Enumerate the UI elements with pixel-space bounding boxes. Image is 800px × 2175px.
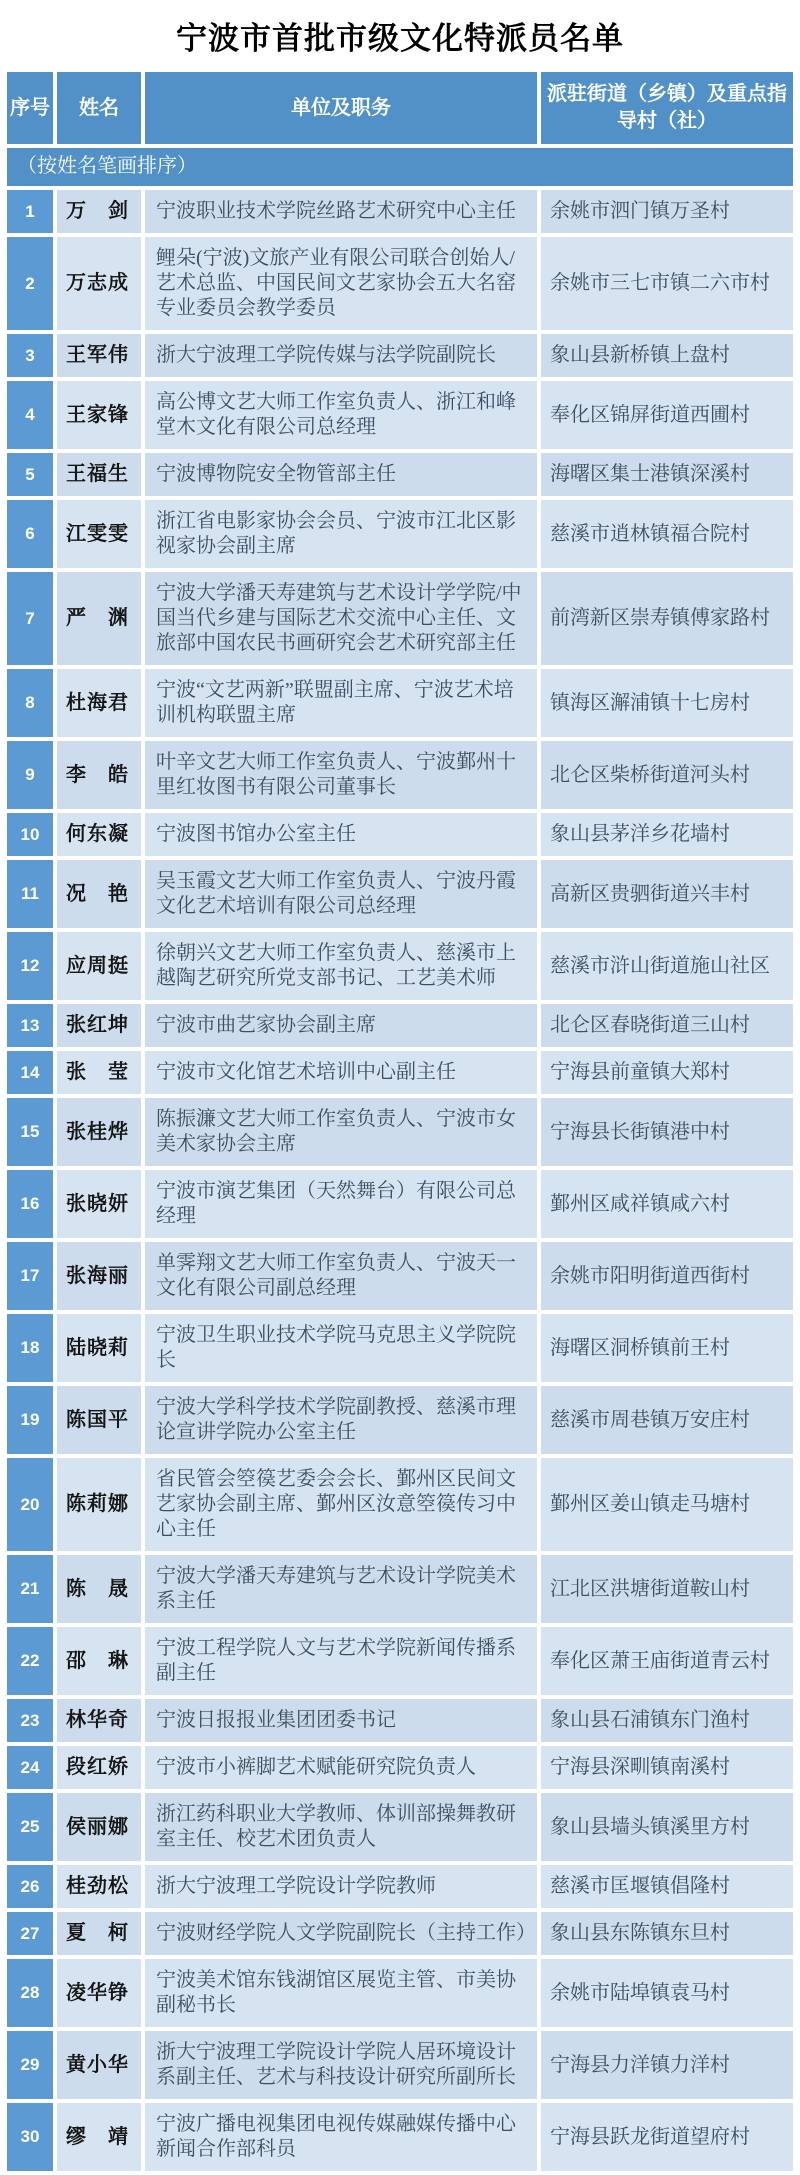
table-row: 30 缪 靖 宁波广播电视集团电视传媒融媒传播中心新闻合作部科员 宁海县跃龙街道…	[7, 2103, 793, 2171]
header-index: 序号	[7, 72, 53, 144]
table-row: 9 李 皓 叶辛文艺大师工作室负责人、宁波鄞州十里红妆图书有限公司董事长 北仑区…	[7, 741, 793, 809]
row-unit: 宁波“文艺两新”联盟副主席、宁波艺术培训机构联盟主席	[145, 669, 537, 737]
row-unit: 浙大宁波理工学院传媒与法学院副院长	[145, 334, 537, 377]
row-village: 宁海县前童镇大郑村	[541, 1051, 793, 1094]
table-row: 7 严 渊 宁波大学潘天寿建筑与艺术设计学学院/中国当代乡建与国际艺术交流中心主…	[7, 572, 793, 665]
row-name: 况 艳	[57, 860, 141, 928]
row-index: 11	[7, 860, 53, 928]
row-name: 万 剑	[57, 190, 141, 233]
sort-note: （按姓名笔画排序）	[7, 148, 793, 186]
row-village: 宁海县力洋镇力洋村	[541, 2031, 793, 2099]
row-unit: 高公博文艺大师工作室负责人、浙江和峰堂木文化有限公司总经理	[145, 381, 537, 449]
row-index: 20	[7, 1458, 53, 1551]
row-name: 王家锋	[57, 381, 141, 449]
row-unit: 省民管会箜篌艺委会会长、鄞州区民间文艺家协会副主席、鄞州区汝意箜篌传习中心主任	[145, 1458, 537, 1551]
row-unit: 浙江省电影家协会会员、宁波市江北区影视家协会副主席	[145, 500, 537, 568]
table-row: 19 陈国平 宁波大学科学技术学院副教授、慈溪市理论宣讲学院办公室主任 慈溪市周…	[7, 1386, 793, 1454]
row-name: 陈莉娜	[57, 1458, 141, 1551]
table-row: 3 王军伟 浙大宁波理工学院传媒与法学院副院长 象山县新桥镇上盘村	[7, 334, 793, 377]
table-row: 10 何东凝 宁波图书馆办公室主任 象山县茅洋乡花墙村	[7, 813, 793, 856]
table-row: 14 张 莹 宁波市文化馆艺术培训中心副主任 宁海县前童镇大郑村	[7, 1051, 793, 1094]
table-header-row: 序号 姓名 单位及职务 派驻街道（乡镇）及重点指导村（社）	[7, 72, 793, 144]
row-name: 张海丽	[57, 1242, 141, 1310]
row-unit: 单霁翔文艺大师工作室负责人、宁波天一文化有限公司副总经理	[145, 1242, 537, 1310]
row-village: 余姚市陆埠镇袁马村	[541, 1959, 793, 2027]
row-village: 江北区洪塘街道鞍山村	[541, 1555, 793, 1623]
row-village: 奉化区萧王庙街道青云村	[541, 1627, 793, 1695]
row-village: 高新区贵驷街道兴丰村	[541, 860, 793, 928]
table-row: 13 张红坤 宁波市曲艺家协会副主席 北仑区春晓街道三山村	[7, 1004, 793, 1047]
table-row: 20 陈莉娜 省民管会箜篌艺委会会长、鄞州区民间文艺家协会副主席、鄞州区汝意箜篌…	[7, 1458, 793, 1551]
row-unit: 宁波市小裤脚艺术赋能研究院负责人	[145, 1746, 537, 1789]
table-row: 24 段红娇 宁波市小裤脚艺术赋能研究院负责人 宁海县深甽镇南溪村	[7, 1746, 793, 1789]
table-row: 5 王福生 宁波博物院安全物管部主任 海曙区集士港镇深溪村	[7, 453, 793, 496]
row-name: 林华奇	[57, 1699, 141, 1742]
row-unit: 浙江药科职业大学教师、体训部操舞教研室主任、校艺术团负责人	[145, 1793, 537, 1861]
row-name: 陈国平	[57, 1386, 141, 1454]
row-index: 23	[7, 1699, 53, 1742]
row-village: 宁海县跃龙街道望府村	[541, 2103, 793, 2171]
table-body: 1 万 剑 宁波职业技术学院丝路艺术研究中心主任 余姚市泗门镇万圣村 2 万志成…	[7, 190, 793, 2171]
row-index: 13	[7, 1004, 53, 1047]
row-index: 29	[7, 2031, 53, 2099]
row-index: 2	[7, 237, 53, 330]
row-index: 21	[7, 1555, 53, 1623]
row-unit: 宁波卫生职业技术学院马克思主义学院院长	[145, 1314, 537, 1382]
row-index: 12	[7, 932, 53, 1000]
row-village: 象山县新桥镇上盘村	[541, 334, 793, 377]
row-unit: 浙大宁波理工学院设计学院人居环境设计系副主任、艺术与科技设计研究所副所长	[145, 2031, 537, 2099]
page-title: 宁波市首批市级文化特派员名单	[0, 0, 800, 68]
row-index: 28	[7, 1959, 53, 2027]
row-village: 慈溪市匡堰镇倡隆村	[541, 1865, 793, 1908]
row-index: 1	[7, 190, 53, 233]
row-name: 凌华铮	[57, 1959, 141, 2027]
table-row: 25 侯丽娜 浙江药科职业大学教师、体训部操舞教研室主任、校艺术团负责人 象山县…	[7, 1793, 793, 1861]
table-row: 21 陈 晟 宁波大学潘天寿建筑与艺术设计学院美术系主任 江北区洪塘街道鞍山村	[7, 1555, 793, 1623]
table-row: 4 王家锋 高公博文艺大师工作室负责人、浙江和峰堂木文化有限公司总经理 奉化区锦…	[7, 381, 793, 449]
row-index: 26	[7, 1865, 53, 1908]
table-row: 18 陆晓莉 宁波卫生职业技术学院马克思主义学院院长 海曙区洞桥镇前王村	[7, 1314, 793, 1382]
row-village: 象山县墙头镇溪里方村	[541, 1793, 793, 1861]
row-unit: 宁波日报报业集团团委书记	[145, 1699, 537, 1742]
row-unit: 宁波市文化馆艺术培训中心副主任	[145, 1051, 537, 1094]
row-index: 18	[7, 1314, 53, 1382]
row-name: 段红娇	[57, 1746, 141, 1789]
row-index: 8	[7, 669, 53, 737]
row-village: 镇海区澥浦镇十七房村	[541, 669, 793, 737]
row-village: 余姚市三七市镇二六市村	[541, 237, 793, 330]
row-village: 海曙区集士港镇深溪村	[541, 453, 793, 496]
row-name: 应周挺	[57, 932, 141, 1000]
table-row: 6 江雯雯 浙江省电影家协会会员、宁波市江北区影视家协会副主席 慈溪市逍林镇福合…	[7, 500, 793, 568]
table-row: 23 林华奇 宁波日报报业集团团委书记 象山县石浦镇东门渔村	[7, 1699, 793, 1742]
row-index: 19	[7, 1386, 53, 1454]
row-name: 江雯雯	[57, 500, 141, 568]
row-unit: 宁波大学科学技术学院副教授、慈溪市理论宣讲学院办公室主任	[145, 1386, 537, 1454]
table-row: 22 邵 琳 宁波工程学院人文与艺术学院新闻传播系副主任 奉化区萧王庙街道青云村	[7, 1627, 793, 1695]
row-index: 5	[7, 453, 53, 496]
sort-note-row: （按姓名笔画排序）	[7, 148, 793, 186]
row-name: 李 皓	[57, 741, 141, 809]
row-village: 慈溪市周巷镇万安庄村	[541, 1386, 793, 1454]
row-name: 张桂烨	[57, 1098, 141, 1166]
table-row: 1 万 剑 宁波职业技术学院丝路艺术研究中心主任 余姚市泗门镇万圣村	[7, 190, 793, 233]
row-index: 25	[7, 1793, 53, 1861]
row-name: 张 莹	[57, 1051, 141, 1094]
header-village: 派驻街道（乡镇）及重点指导村（社）	[541, 72, 793, 144]
row-index: 30	[7, 2103, 53, 2171]
row-name: 黄小华	[57, 2031, 141, 2099]
row-unit: 宁波职业技术学院丝路艺术研究中心主任	[145, 190, 537, 233]
table-row: 15 张桂烨 陈振濂文艺大师工作室负责人、宁波市女美术家协会主席 宁海县长街镇港…	[7, 1098, 793, 1166]
row-name: 何东凝	[57, 813, 141, 856]
row-village: 宁海县长街镇港中村	[541, 1098, 793, 1166]
row-unit: 宁波图书馆办公室主任	[145, 813, 537, 856]
row-name: 张晓妍	[57, 1170, 141, 1238]
row-index: 7	[7, 572, 53, 665]
row-unit: 徐朝兴文艺大师工作室负责人、慈溪市上越陶艺研究所党支部书记、工艺美术师	[145, 932, 537, 1000]
row-index: 16	[7, 1170, 53, 1238]
row-index: 10	[7, 813, 53, 856]
row-village: 象山县石浦镇东门渔村	[541, 1699, 793, 1742]
row-unit: 宁波财经学院人文学院副院长（主持工作）	[145, 1912, 537, 1955]
row-index: 6	[7, 500, 53, 568]
row-name: 邵 琳	[57, 1627, 141, 1695]
table-row: 27 夏 柯 宁波财经学院人文学院副院长（主持工作） 象山县东陈镇东旦村	[7, 1912, 793, 1955]
row-index: 3	[7, 334, 53, 377]
row-unit: 浙大宁波理工学院设计学院教师	[145, 1865, 537, 1908]
row-name: 夏 柯	[57, 1912, 141, 1955]
row-index: 24	[7, 1746, 53, 1789]
row-name: 杜海君	[57, 669, 141, 737]
header-name: 姓名	[57, 72, 141, 144]
row-index: 17	[7, 1242, 53, 1310]
row-village: 奉化区锦屏街道西圃村	[541, 381, 793, 449]
header-unit: 单位及职务	[145, 72, 537, 144]
row-unit: 宁波大学潘天寿建筑与艺术设计学院美术系主任	[145, 1555, 537, 1623]
row-name: 王福生	[57, 453, 141, 496]
row-village: 前湾新区崇寿镇傅家路村	[541, 572, 793, 665]
row-unit: 吴玉霞文艺大师工作室负责人、宁波丹霞文化艺术培训有限公司总经理	[145, 860, 537, 928]
row-name: 桂劲松	[57, 1865, 141, 1908]
table-row: 17 张海丽 单霁翔文艺大师工作室负责人、宁波天一文化有限公司副总经理 余姚市阳…	[7, 1242, 793, 1310]
row-name: 缪 靖	[57, 2103, 141, 2171]
row-village: 鄞州区姜山镇走马塘村	[541, 1458, 793, 1551]
row-unit: 宁波大学潘天寿建筑与艺术设计学学院/中国当代乡建与国际艺术交流中心主任、文旅部中…	[145, 572, 537, 665]
row-name: 王军伟	[57, 334, 141, 377]
table-row: 12 应周挺 徐朝兴文艺大师工作室负责人、慈溪市上越陶艺研究所党支部书记、工艺美…	[7, 932, 793, 1000]
table-row: 8 杜海君 宁波“文艺两新”联盟副主席、宁波艺术培训机构联盟主席 镇海区澥浦镇十…	[7, 669, 793, 737]
row-village: 慈溪市浒山街道施山社区	[541, 932, 793, 1000]
row-index: 9	[7, 741, 53, 809]
row-unit: 宁波广播电视集团电视传媒融媒传播中心新闻合作部科员	[145, 2103, 537, 2171]
row-unit: 鲤朵(宁波)文旅产业有限公司联合创始人/艺术总监、中国民间文艺家协会五大名窑专业…	[145, 237, 537, 330]
row-name: 侯丽娜	[57, 1793, 141, 1861]
row-index: 22	[7, 1627, 53, 1695]
row-village: 象山县东陈镇东旦村	[541, 1912, 793, 1955]
table-row: 11 况 艳 吴玉霞文艺大师工作室负责人、宁波丹霞文化艺术培训有限公司总经理 高…	[7, 860, 793, 928]
row-village: 余姚市阳明街道西街村	[541, 1242, 793, 1310]
row-index: 15	[7, 1098, 53, 1166]
row-unit: 叶辛文艺大师工作室负责人、宁波鄞州十里红妆图书有限公司董事长	[145, 741, 537, 809]
table-row: 2 万志成 鲤朵(宁波)文旅产业有限公司联合创始人/艺术总监、中国民间文艺家协会…	[7, 237, 793, 330]
row-name: 严 渊	[57, 572, 141, 665]
row-name: 张红坤	[57, 1004, 141, 1047]
row-index: 27	[7, 1912, 53, 1955]
row-village: 慈溪市逍林镇福合院村	[541, 500, 793, 568]
row-unit: 宁波美术馆东钱湖馆区展览主管、市美协副秘书长	[145, 1959, 537, 2027]
row-village: 余姚市泗门镇万圣村	[541, 190, 793, 233]
row-village: 鄞州区咸祥镇咸六村	[541, 1170, 793, 1238]
row-village: 北仑区春晓街道三山村	[541, 1004, 793, 1047]
row-unit: 宁波工程学院人文与艺术学院新闻传播系副主任	[145, 1627, 537, 1695]
row-index: 14	[7, 1051, 53, 1094]
table-row: 26 桂劲松 浙大宁波理工学院设计学院教师 慈溪市匡堰镇倡隆村	[7, 1865, 793, 1908]
table-row: 28 凌华铮 宁波美术馆东钱湖馆区展览主管、市美协副秘书长 余姚市陆埠镇袁马村	[7, 1959, 793, 2027]
table-row: 29 黄小华 浙大宁波理工学院设计学院人居环境设计系副主任、艺术与科技设计研究所…	[7, 2031, 793, 2099]
row-name: 万志成	[57, 237, 141, 330]
row-village: 海曙区洞桥镇前王村	[541, 1314, 793, 1382]
row-unit: 宁波博物院安全物管部主任	[145, 453, 537, 496]
row-village: 北仑区柴桥街道河头村	[541, 741, 793, 809]
row-index: 4	[7, 381, 53, 449]
row-unit: 宁波市曲艺家协会副主席	[145, 1004, 537, 1047]
row-unit: 宁波市演艺集团（天然舞台）有限公司总经理	[145, 1170, 537, 1238]
row-village: 象山县茅洋乡花墙村	[541, 813, 793, 856]
row-village: 宁海县深甽镇南溪村	[541, 1746, 793, 1789]
commissioner-table: 序号 姓名 单位及职务 派驻街道（乡镇）及重点指导村（社） （按姓名笔画排序） …	[3, 68, 797, 2175]
row-name: 陈 晟	[57, 1555, 141, 1623]
document-page: 宁波市首批市级文化特派员名单 序号 姓名 单位及职务 派驻街道（乡镇）及重点指导…	[0, 0, 800, 2175]
table-row: 16 张晓妍 宁波市演艺集团（天然舞台）有限公司总经理 鄞州区咸祥镇咸六村	[7, 1170, 793, 1238]
row-name: 陆晓莉	[57, 1314, 141, 1382]
row-unit: 陈振濂文艺大师工作室负责人、宁波市女美术家协会主席	[145, 1098, 537, 1166]
